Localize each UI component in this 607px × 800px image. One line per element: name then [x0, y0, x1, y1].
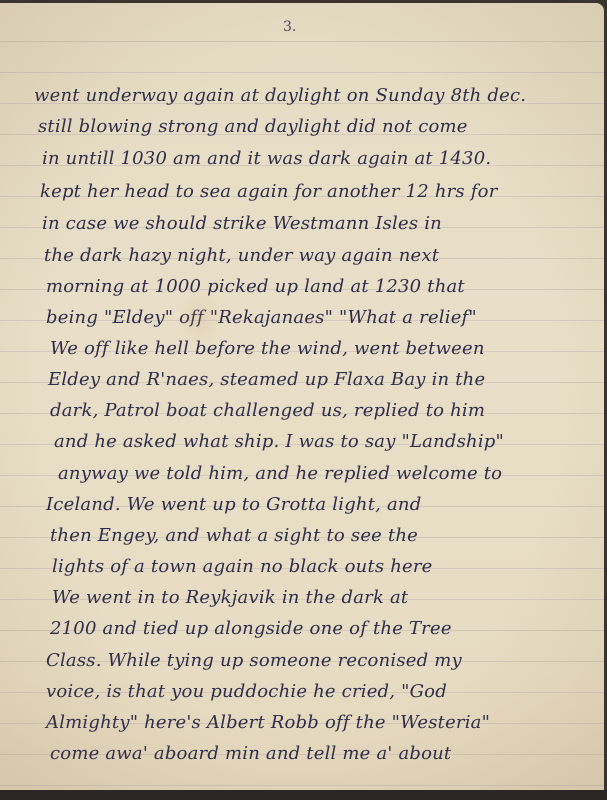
text-line: kept her head to sea again for another 1… — [40, 181, 498, 202]
text-line: being "Eldey" off "Rekajanaes" "What a r… — [46, 307, 477, 328]
text-line: voice, is that you puddochie he cried, "… — [46, 681, 447, 702]
text-line: We off like hell before the wind, went b… — [50, 338, 485, 359]
text-line: anyway we told him, and he replied welco… — [58, 463, 502, 484]
journal-page: 3. went underway again at daylight on Su… — [0, 3, 604, 793]
text-line: 2100 and tied up alongside one of the Tr… — [50, 618, 452, 639]
text-line: Iceland. We went up to Grotta light, and — [46, 494, 421, 515]
text-line: then Engey, and what a sight to see the — [50, 525, 418, 546]
text-line: lights of a town again no black outs her… — [52, 556, 433, 577]
text-line: went underway again at daylight on Sunda… — [34, 85, 526, 106]
scan-border — [0, 790, 607, 800]
text-line: Eldey and R'naes, steamed up Flaxa Bay i… — [48, 369, 485, 390]
text-line: in untill 1030 am and it was dark again … — [42, 148, 491, 169]
text-line: dark, Patrol boat challenged us, replied… — [50, 400, 485, 421]
text-line: still blowing strong and daylight did no… — [38, 116, 468, 137]
text-line: the dark hazy night, under way again nex… — [44, 245, 439, 266]
text-line: come awa' aboard min and tell me a' abou… — [50, 743, 451, 764]
text-line: Almighty" here's Albert Robb off the "We… — [46, 712, 490, 733]
text-line: We went in to Reykjavik in the dark at — [52, 587, 408, 608]
text-line: in case we should strike Westmann Isles … — [42, 213, 442, 234]
text-line: Class. While tying up someone reconised … — [46, 650, 462, 671]
text-line: and he asked what ship. I was to say "La… — [54, 431, 504, 452]
page-number: 3. — [283, 19, 296, 35]
text-line: morning at 1000 picked up land at 1230 t… — [46, 276, 465, 297]
